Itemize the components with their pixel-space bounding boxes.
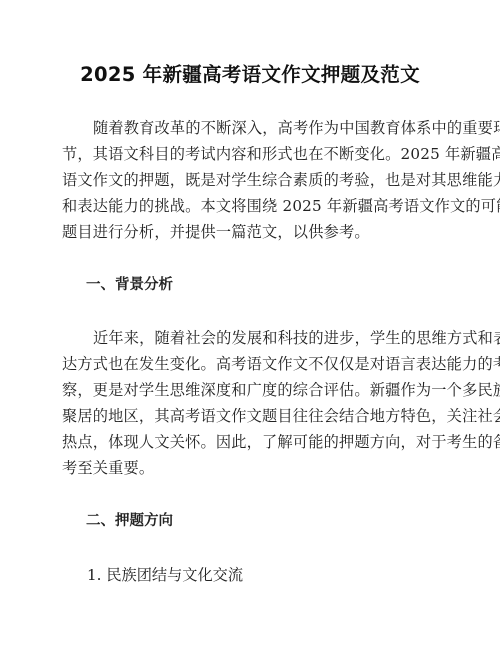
document-title: 2025 年新疆高考语文作文押题及范文 (0, 62, 500, 88)
background-line-4: 聚居的地区，其高考语文作文题目往往会结合地方特色，关注社会 (62, 403, 440, 429)
section-heading-predictions: 二、押题方向 (86, 509, 173, 533)
background-line-3: 察，更是对学生思维深度和广度的综合评估。新疆作为一个多民族 (62, 377, 440, 403)
document-page: 2025 年新疆高考语文作文押题及范文 随着教育改革的不断深入，高考作为中国教育… (0, 0, 500, 647)
background-paragraph: 近年来，随着社会的发展和科技的进步，学生的思维方式和表 达方式也在发生变化。高考… (62, 325, 440, 481)
intro-paragraph: 随着教育改革的不断深入，高考作为中国教育体系中的重要环 节，其语文科目的考试内容… (62, 115, 440, 245)
intro-line-4: 和表达能力的挑战。本文将围绕 2025 年新疆高考语文作文的可能 (62, 193, 440, 219)
prediction-item-1: 1. 民族团结与文化交流 (87, 563, 243, 587)
intro-line-5: 题目进行分析，并提供一篇范文，以供参考。 (62, 219, 440, 245)
intro-line-2: 节，其语文科目的考试内容和形式也在不断变化。2025 年新疆高考 (62, 141, 440, 167)
background-line-6: 考至关重要。 (62, 455, 440, 481)
background-line-5: 热点，体现人文关怀。因此，了解可能的押题方向，对于考生的备 (62, 429, 440, 455)
intro-line-1: 随着教育改革的不断深入，高考作为中国教育体系中的重要环 (62, 115, 440, 141)
background-line-2: 达方式也在发生变化。高考语文作文不仅仅是对语言表达能力的考 (62, 351, 440, 377)
section-heading-background: 一、背景分析 (86, 273, 173, 297)
background-line-1: 近年来，随着社会的发展和科技的进步，学生的思维方式和表 (62, 325, 440, 351)
intro-line-3: 语文作文的押题，既是对学生综合素质的考验，也是对其思维能力 (62, 167, 440, 193)
